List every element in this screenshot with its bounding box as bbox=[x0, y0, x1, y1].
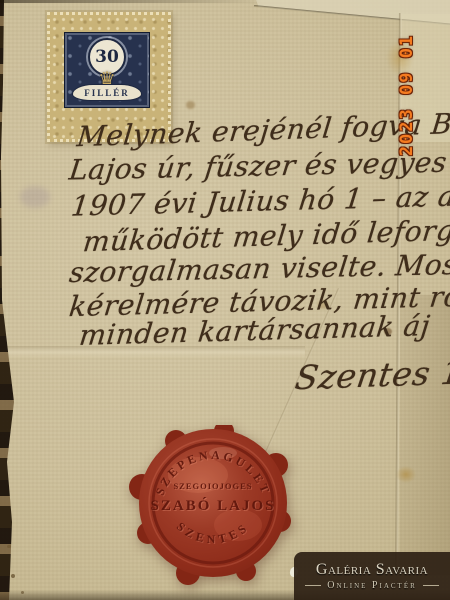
camera-timestamp: 2023 09 01 bbox=[397, 34, 417, 156]
stamp-currency-label: FILLÉR bbox=[84, 88, 130, 98]
document-photo: 30 ♛ FILLÉR Melynek erejénél fogva Biró … bbox=[0, 0, 450, 600]
handwriting-place-date: Szentes 19 bbox=[293, 352, 450, 398]
watermark-dash-right bbox=[423, 585, 439, 586]
age-stain bbox=[20, 186, 50, 208]
watermark-dash-left bbox=[305, 585, 321, 586]
stamp-denomination: 30 bbox=[95, 47, 119, 67]
stamp-banner: FILLÉR bbox=[72, 84, 142, 101]
age-stain bbox=[186, 101, 195, 109]
watermark-title: Galéria Savaria bbox=[316, 561, 428, 579]
paper-edge-left bbox=[0, 0, 16, 600]
wax-seal: SZEPENAGULET SZEPENAGULET SZEGOIOJOGES S… bbox=[128, 425, 298, 585]
seal-small-line: SZEGOIOJOGES bbox=[173, 481, 252, 491]
photo-shadow-top bbox=[0, 0, 262, 3]
watermark-subtitle-row: Online Piactér bbox=[305, 580, 439, 591]
watermark-badge: Galéria Savaria Online Piactér bbox=[294, 552, 450, 600]
seal-name: SZABÓ LAJOS bbox=[151, 497, 276, 514]
watermark-subtitle: Online Piactér bbox=[327, 580, 417, 591]
stamp-ornate-panel: 30 ♛ FILLÉR bbox=[64, 32, 150, 108]
paper-speck bbox=[11, 574, 15, 578]
